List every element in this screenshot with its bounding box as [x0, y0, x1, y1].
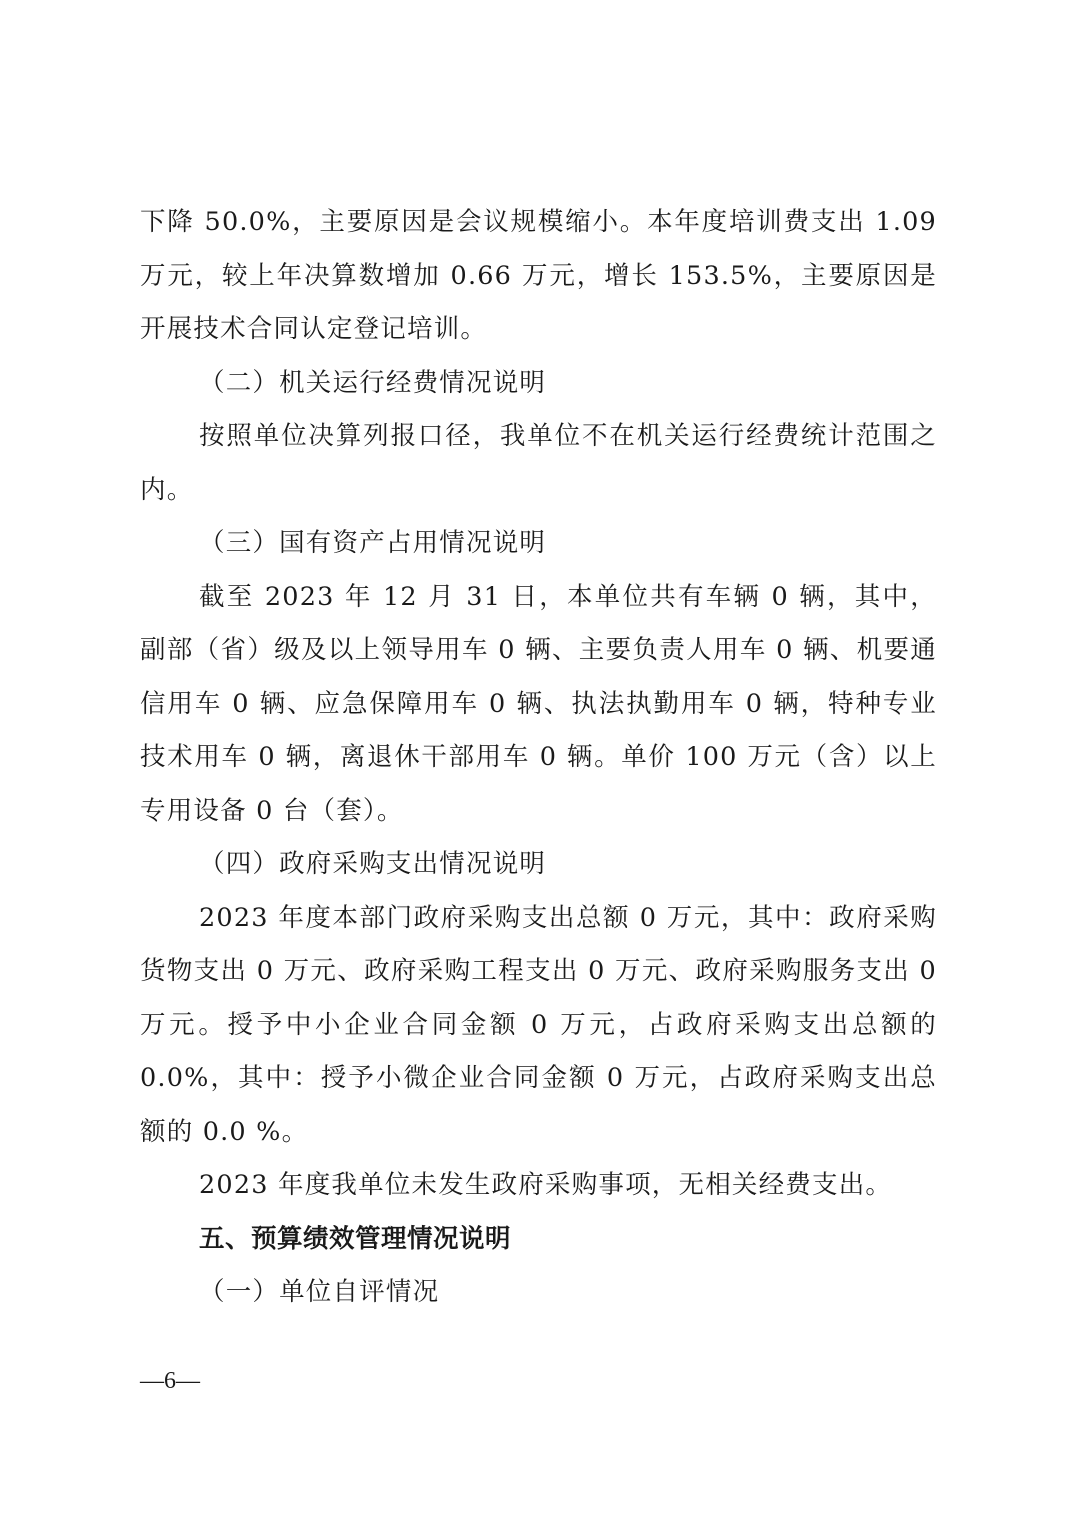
paragraph-procurement-amounts: 2023 年度本部门政府采购支出总额 0 万元，其中：政府采购货物支出 0 万元…	[140, 892, 937, 1160]
paragraph-no-procurement: 2023 年度我单位未发生政府采购事项，无相关经费支出。	[140, 1159, 937, 1213]
heading-budget-performance: 五、预算绩效管理情况说明	[140, 1213, 937, 1267]
subheading-self-evaluation: （一）单位自评情况	[140, 1266, 937, 1320]
page-number: —6—	[140, 1368, 200, 1395]
subheading-agency-operating-expenses: （二）机关运行经费情况说明	[140, 357, 937, 411]
document-body: 下降 50.0%，主要原因是会议规模缩小。本年度培训费支出 1.09 万元，较上…	[140, 196, 937, 1320]
document-page: 下降 50.0%，主要原因是会议规模缩小。本年度培训费支出 1.09 万元，较上…	[0, 0, 1075, 1520]
paragraph-operating-expenses: 按照单位决算列报口径，我单位不在机关运行经费统计范围之内。	[140, 410, 937, 517]
paragraph-training-expense: 下降 50.0%，主要原因是会议规模缩小。本年度培训费支出 1.09 万元，较上…	[140, 196, 937, 357]
subheading-state-assets: （三）国有资产占用情况说明	[140, 517, 937, 571]
subheading-government-procurement: （四）政府采购支出情况说明	[140, 838, 937, 892]
paragraph-vehicles-assets: 截至 2023 年 12 月 31 日，本单位共有车辆 0 辆，其中，副部（省）…	[140, 571, 937, 839]
